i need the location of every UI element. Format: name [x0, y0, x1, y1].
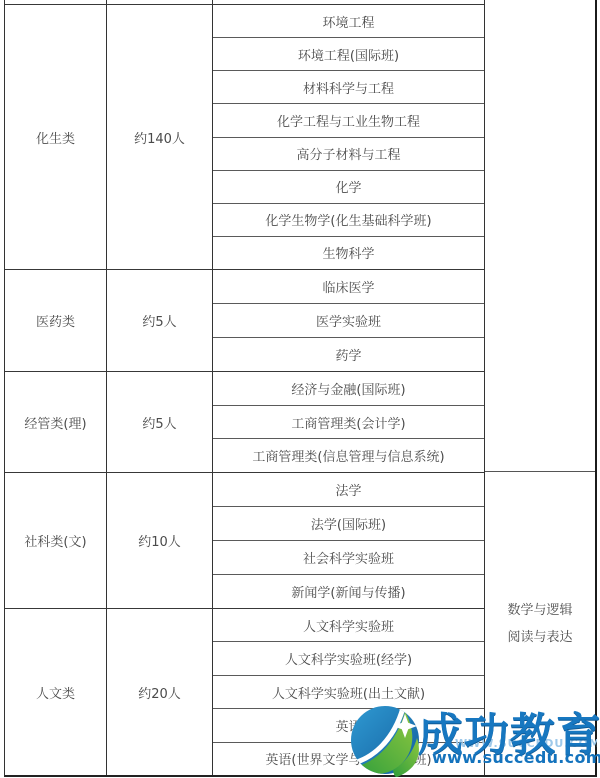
section-sheke: 社科类(文) 约10人 法学 法学(国际班) 社会科学实验班 新闻学(新闻与传播…	[5, 472, 484, 608]
count-cell: 约10人	[107, 473, 213, 608]
major-cell: 新闻学(新闻与传播)	[213, 575, 484, 608]
table-left-columns: 化生类 约140人 环境工程 环境工程(国际班) 材料科学与工程 化学工程与工业…	[5, 0, 485, 775]
category-cell: 医药类	[5, 270, 107, 371]
major-cell: 环境工程(国际班)	[213, 38, 484, 71]
sliver-cell	[107, 0, 213, 4]
watermark-url-text: www.succedu.com	[432, 748, 600, 767]
majors-column: 临床医学 医学实验班 药学	[213, 270, 484, 371]
sliver-cell	[5, 0, 107, 4]
major-cell: 化学	[213, 171, 484, 204]
major-cell: 临床医学	[213, 270, 484, 304]
majors-column: 经济与金融(国际班) 工商管理类(会计学) 工商管理类(信息管理与信息系统)	[213, 372, 484, 472]
major-cell: 社会科学实验班	[213, 541, 484, 575]
category-cell: 人文类	[5, 609, 107, 775]
count-cell: 约20人	[107, 609, 213, 775]
major-cell: 法学	[213, 473, 484, 507]
major-cell: 工商管理类(会计学)	[213, 406, 484, 440]
section-huasheng: 化生类 约140人 环境工程 环境工程(国际班) 材料科学与工程 化学工程与工业…	[5, 5, 484, 269]
assessment-cell-upper	[485, 0, 595, 472]
major-cell: 法学(国际班)	[213, 507, 484, 541]
assessment-line: 阅读与表达	[507, 624, 572, 651]
major-cell: 化学工程与工业生物工程	[213, 104, 484, 137]
majors-column: 环境工程 环境工程(国际班) 材料科学与工程 化学工程与工业生物工程 高分子材料…	[213, 5, 484, 269]
major-cell: 经济与金融(国际班)	[213, 372, 484, 406]
majors-column: 法学 法学(国际班) 社会科学实验班 新闻学(新闻与传播)	[213, 473, 484, 608]
major-cell: 生物科学	[213, 237, 484, 269]
major-cell: 材料科学与工程	[213, 71, 484, 104]
page: 化生类 约140人 环境工程 环境工程(国际班) 材料科学与工程 化学工程与工业…	[0, 0, 600, 778]
section-jingguan: 经管类(理) 约5人 经济与金融(国际班) 工商管理类(会计学) 工商管理类(信…	[5, 371, 484, 472]
major-cell: 药学	[213, 338, 484, 371]
section-yiyao: 医药类 约5人 临床医学 医学实验班 药学	[5, 269, 484, 371]
succedu-logo-icon	[345, 702, 437, 778]
major-cell: 人文科学实验班(经学)	[213, 642, 484, 675]
assessment-line: 数学与逻辑	[507, 597, 572, 624]
count-cell: 约140人	[107, 5, 213, 269]
category-cell: 经管类(理)	[5, 372, 107, 472]
major-cell: 人文科学实验班	[213, 609, 484, 642]
major-cell: 高分子材料与工程	[213, 138, 484, 171]
category-cell: 化生类	[5, 5, 107, 269]
count-cell: 约5人	[107, 270, 213, 371]
major-cell: 工商管理类(信息管理与信息系统)	[213, 439, 484, 472]
count-cell: 约5人	[107, 372, 213, 472]
major-cell: 化学生物学(化生基础科学班)	[213, 204, 484, 237]
category-cell: 社科类(文)	[5, 473, 107, 608]
major-cell: 环境工程	[213, 5, 484, 38]
major-cell: 医学实验班	[213, 304, 484, 338]
admission-table: 化生类 约140人 环境工程 环境工程(国际班) 材料科学与工程 化学工程与工业…	[4, 0, 597, 777]
assessment-column: 数学与逻辑 阅读与表达	[485, 0, 595, 775]
sliver-cell	[213, 0, 484, 4]
